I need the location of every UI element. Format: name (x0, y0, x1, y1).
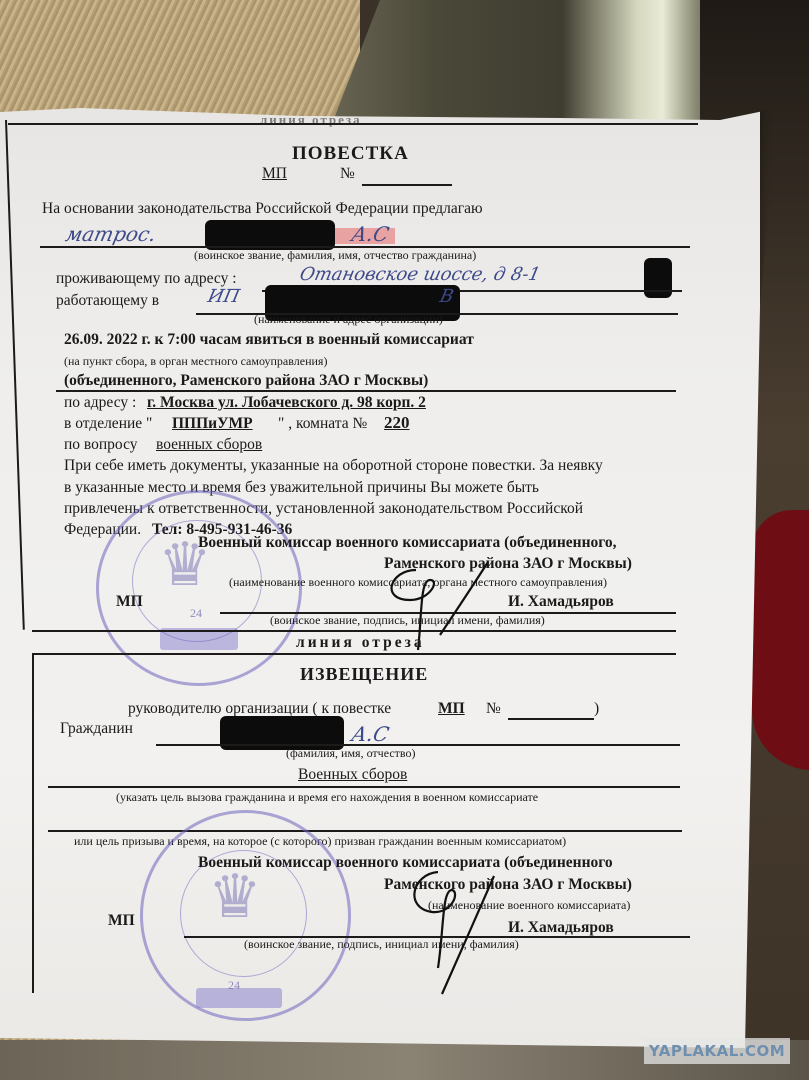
citizen-label: Гражданин (60, 720, 133, 738)
commissariat-name: (объединенного, Раменского района ЗАО г … (64, 372, 428, 390)
notice-number-blank (508, 718, 594, 720)
summons-bottom-border (32, 630, 676, 632)
summons-mp: МП (116, 593, 143, 611)
stamp-2-bar (196, 988, 282, 1008)
address-value: г. Москва ул. Лобачевского д. 98 корп. 2 (147, 394, 426, 412)
redacted-apartment (644, 258, 672, 298)
question-label: по вопросу (64, 436, 138, 454)
room-label: " , комната № (278, 415, 367, 433)
notice-title: ИЗВЕЩЕНИЕ (300, 664, 428, 685)
notice-number-label: № (486, 700, 501, 718)
work-prefix-handwritten: ИП (206, 286, 242, 307)
summons-signatory-title-1: Военный комиссар военного комиссариата (… (198, 534, 617, 552)
citizen-line (156, 744, 680, 746)
background-red-object (752, 510, 809, 770)
question-value: военных сборов (156, 436, 262, 454)
summons-number-label: № (340, 165, 355, 183)
work-caption: (наименование и адрес организации) (254, 312, 443, 327)
notice-paragraph-line-2: в указанные место и время без уважительн… (64, 479, 539, 497)
summons-title: ПОВЕСТКА (292, 143, 409, 165)
eagle-emblem-2-icon: ♛ (208, 862, 262, 932)
purpose-line (48, 786, 680, 788)
notice-left-border (32, 653, 34, 993)
summons-mp-label: МП (262, 165, 287, 183)
summons-intro: На основании законодательства Российской… (42, 200, 483, 218)
notice-paragraph-line-1: При себе иметь документы, указанные на о… (64, 457, 603, 475)
citizen-caption: (фамилия, имя, отчество) (286, 746, 415, 761)
residence-handwritten: Отановское шоссе, д 8-1 (298, 264, 542, 285)
work-label: работающему в (56, 292, 159, 310)
site-watermark: YAPLAKAL.COM (644, 1038, 790, 1064)
address-label: по адресу : (64, 394, 136, 412)
appear-line: 26.09. 2022 г. к 7:00 часам явиться в во… (64, 331, 474, 349)
recipient-caption: (воинское звание, фамилия, имя, отчество… (194, 248, 476, 263)
recipient-rank-handwritten: матрос. (63, 222, 158, 246)
notice-close-paren: ) (594, 700, 599, 718)
department-value: ПППиУМР (172, 415, 253, 433)
citizen-initials-handwritten: А.С (349, 722, 391, 746)
stamp-number: 24 (190, 606, 202, 621)
purpose-line-2 (48, 830, 682, 832)
summons-signatory-name: И. Хамадьяров (508, 593, 614, 611)
summons-number-blank (362, 184, 452, 186)
department-label: в отделение " (64, 415, 152, 433)
room-value: 220 (384, 413, 410, 433)
purpose-caption: (указать цель вызова гражданина и время … (116, 790, 538, 805)
torn-top-text: линия отреза (260, 112, 362, 128)
purpose-value: Военных сборов (298, 766, 407, 784)
cut-line-label: линия отреза (296, 634, 425, 652)
notice-top-border (32, 653, 676, 655)
commissariat-line (56, 390, 676, 392)
notice-mp: МП (108, 912, 135, 930)
appear-caption: (на пункт сбора, в орган местного самоуп… (64, 354, 327, 369)
notice-mp-value: МП (438, 700, 465, 718)
top-border-line (8, 123, 698, 125)
signature-mark-2 (398, 868, 538, 998)
recipient-initials-handwritten: А.С (349, 222, 391, 246)
